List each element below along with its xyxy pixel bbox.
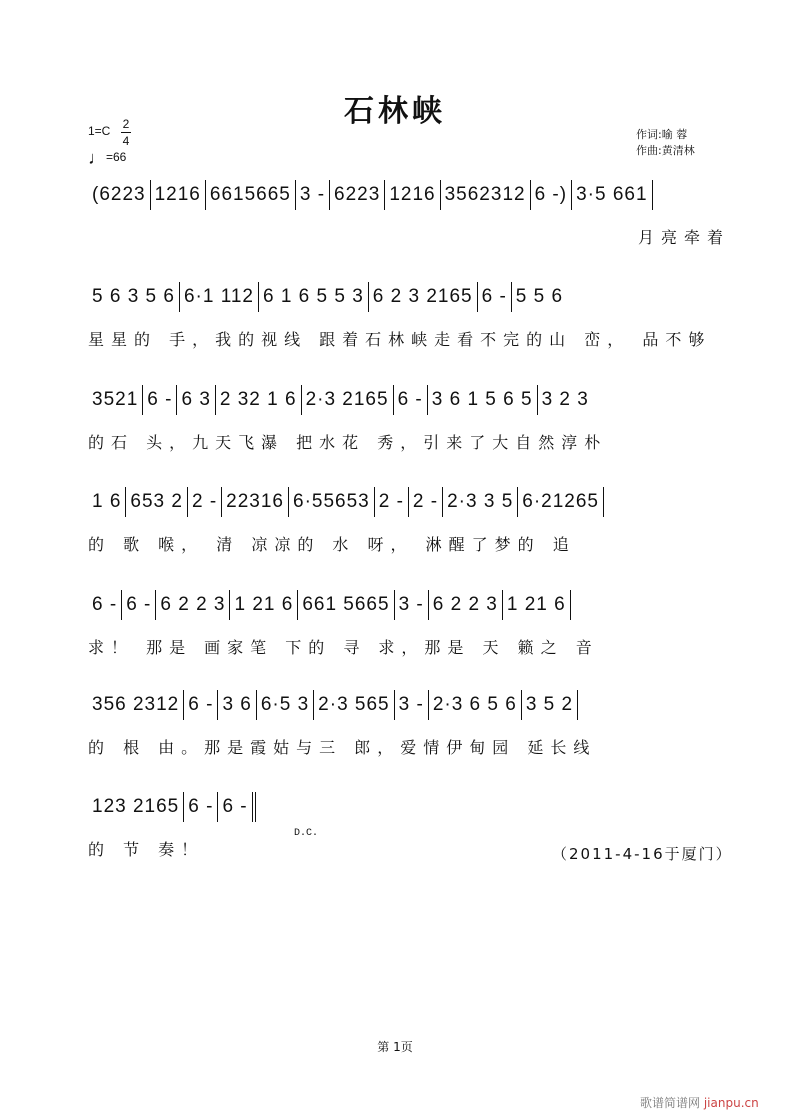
measure: 6 2 2 3 [429, 590, 503, 620]
measure: 1216 [151, 180, 206, 210]
watermark-url: jianpu.cn [704, 1096, 759, 1110]
lyrics-line: 的 歌 喉， 清 凉凉的 水 呀， 淋醒了梦的 追 [88, 532, 576, 555]
tempo-marking: ♩=66 [88, 148, 126, 169]
measure: 3562312 [441, 180, 531, 210]
measure: 2·3 2165 [302, 385, 394, 415]
measure: 6 2 2 3 [156, 590, 230, 620]
score-row-3: 35216 -6 32 32 1 62·3 21656 -3 6 1 5 6 5… [88, 385, 748, 425]
lyrics-line: 月亮牵着 [638, 225, 730, 248]
composer: 作曲:黄清林 [636, 143, 695, 159]
lyrics-line: 的石 头，九天飞瀑 把水花 秀，引来了大自然淳朴 [88, 430, 607, 453]
measure: 6 - [143, 385, 177, 415]
notes-row: (6223121666156653 -6223121635623126 -)3·… [88, 180, 653, 210]
lyrics-line: 的 根 由。那是霞姑与三 郎，爱情伊甸园 延长线 [88, 735, 596, 758]
score-row-6: 356 23126 -3 66·5 32·3 5653 -2·3 6 5 63 … [88, 690, 748, 730]
dc-marking: D.C. [294, 828, 318, 839]
measure: 2 - [375, 487, 409, 517]
composition-date: （2011-4-16于厦门） [552, 843, 733, 864]
lyrics-line: 求！ 那是 画家笔 下的 寻 求，那是 天 籁之 音 [88, 635, 599, 658]
measure: 1216 [385, 180, 440, 210]
measure: 3 6 [218, 690, 256, 720]
measure: 6 - [122, 590, 156, 620]
notes-row: 35216 -6 32 32 1 62·3 21656 -3 6 1 5 6 5… [88, 385, 593, 415]
measure: 6 - [478, 282, 512, 312]
score-row-7: 123 21656 -6 - D.C. 的 节 奏！ [88, 792, 748, 832]
notes-row: 1 6653 22 -223166·556532 -2 -2·3 3 56·21… [88, 487, 604, 517]
measure: 3 6 1 5 6 5 [428, 385, 538, 415]
notes-row: 6 -6 -6 2 2 31 21 6661 56653 -6 2 2 31 2… [88, 590, 571, 620]
final-measure: 6 - [218, 792, 255, 822]
time-signature-top: 2 [121, 117, 131, 131]
watermark: 歌谱简谱网 jianpu.cn [640, 1094, 759, 1111]
measure: 3521 [88, 385, 143, 415]
measure: 6 - [184, 792, 218, 822]
credits: 作词:喻 蓉 作曲:黄清林 [636, 127, 695, 159]
measure: 1 6 [88, 487, 126, 517]
measure: 3 - [296, 180, 330, 210]
measure: 2·3 6 5 6 [429, 690, 522, 720]
page-number: 第 1页 [0, 1038, 790, 1055]
time-signature: 2 4 [121, 117, 131, 148]
measure: 1 21 6 [503, 590, 571, 620]
measure: 6 - [184, 690, 218, 720]
score-row-5: 6 -6 -6 2 2 31 21 6661 56653 -6 2 2 31 2… [88, 590, 748, 630]
measure: 6 - [394, 385, 428, 415]
measure: 3 5 2 [522, 690, 578, 720]
measure: 6 2 3 2165 [369, 282, 478, 312]
measure: 2 - [188, 487, 222, 517]
measure: 2·3 565 [314, 690, 394, 720]
measure: 123 2165 [88, 792, 184, 822]
measure: 6 -) [531, 180, 573, 210]
measure: 356 2312 [88, 690, 184, 720]
measure: (6223 [88, 180, 151, 210]
score-row-1: (6223121666156653 -6223121635623126 -)3·… [88, 180, 748, 220]
notes-row: 123 21656 -6 - [88, 792, 256, 822]
measure: 653 2 [126, 487, 188, 517]
measure: 22316 [222, 487, 289, 517]
score-row-4: 1 6653 22 -223166·556532 -2 -2·3 3 56·21… [88, 487, 748, 527]
quarter-note-icon: ♩ [88, 148, 106, 169]
time-signature-bottom: 4 [121, 134, 131, 148]
tempo-value: =66 [106, 150, 126, 164]
notes-row: 356 23126 -3 66·5 32·3 5653 -2·3 6 5 63 … [88, 690, 578, 720]
measure: 6 - [88, 590, 122, 620]
measure: 661 5665 [298, 590, 394, 620]
measure: 3·5 661 [572, 180, 652, 210]
measure: 6615665 [206, 180, 296, 210]
time-signature-divider [121, 132, 131, 133]
measure: 5 5 6 [512, 282, 567, 312]
measure: 6 1 6 5 5 3 [259, 282, 369, 312]
lyricist: 作词:喻 蓉 [636, 127, 695, 143]
key-signature: 1=C [88, 124, 110, 138]
measure: 1 21 6 [230, 590, 298, 620]
measure: 6·5 3 [257, 690, 314, 720]
lyrics-line: 的 节 奏！ [88, 837, 204, 860]
watermark-text: 歌谱简谱网 [640, 1096, 700, 1110]
measure: 3 2 3 [538, 385, 593, 415]
measure: 2 32 1 6 [216, 385, 302, 415]
measure: 6223 [330, 180, 385, 210]
score-row-2: 5 6 3 5 66·1 1126 1 6 5 5 36 2 3 21656 -… [88, 282, 748, 322]
measure: 5 6 3 5 6 [88, 282, 180, 312]
measure: 6·1 112 [180, 282, 259, 312]
measure: 2 - [409, 487, 443, 517]
measure: 6 3 [177, 385, 215, 415]
measure: 2·3 3 5 [443, 487, 518, 517]
notes-row: 5 6 3 5 66·1 1126 1 6 5 5 36 2 3 21656 -… [88, 282, 567, 312]
measure: 3 - [395, 590, 429, 620]
lyrics-line: 星星的 手，我的视线 跟着石林峡走看不完的山 峦， 品不够 [88, 327, 711, 350]
song-title: 石林峡 [0, 86, 790, 130]
measure: 6·55653 [289, 487, 375, 517]
measure: 6·21265 [518, 487, 604, 517]
measure: 3 - [395, 690, 429, 720]
